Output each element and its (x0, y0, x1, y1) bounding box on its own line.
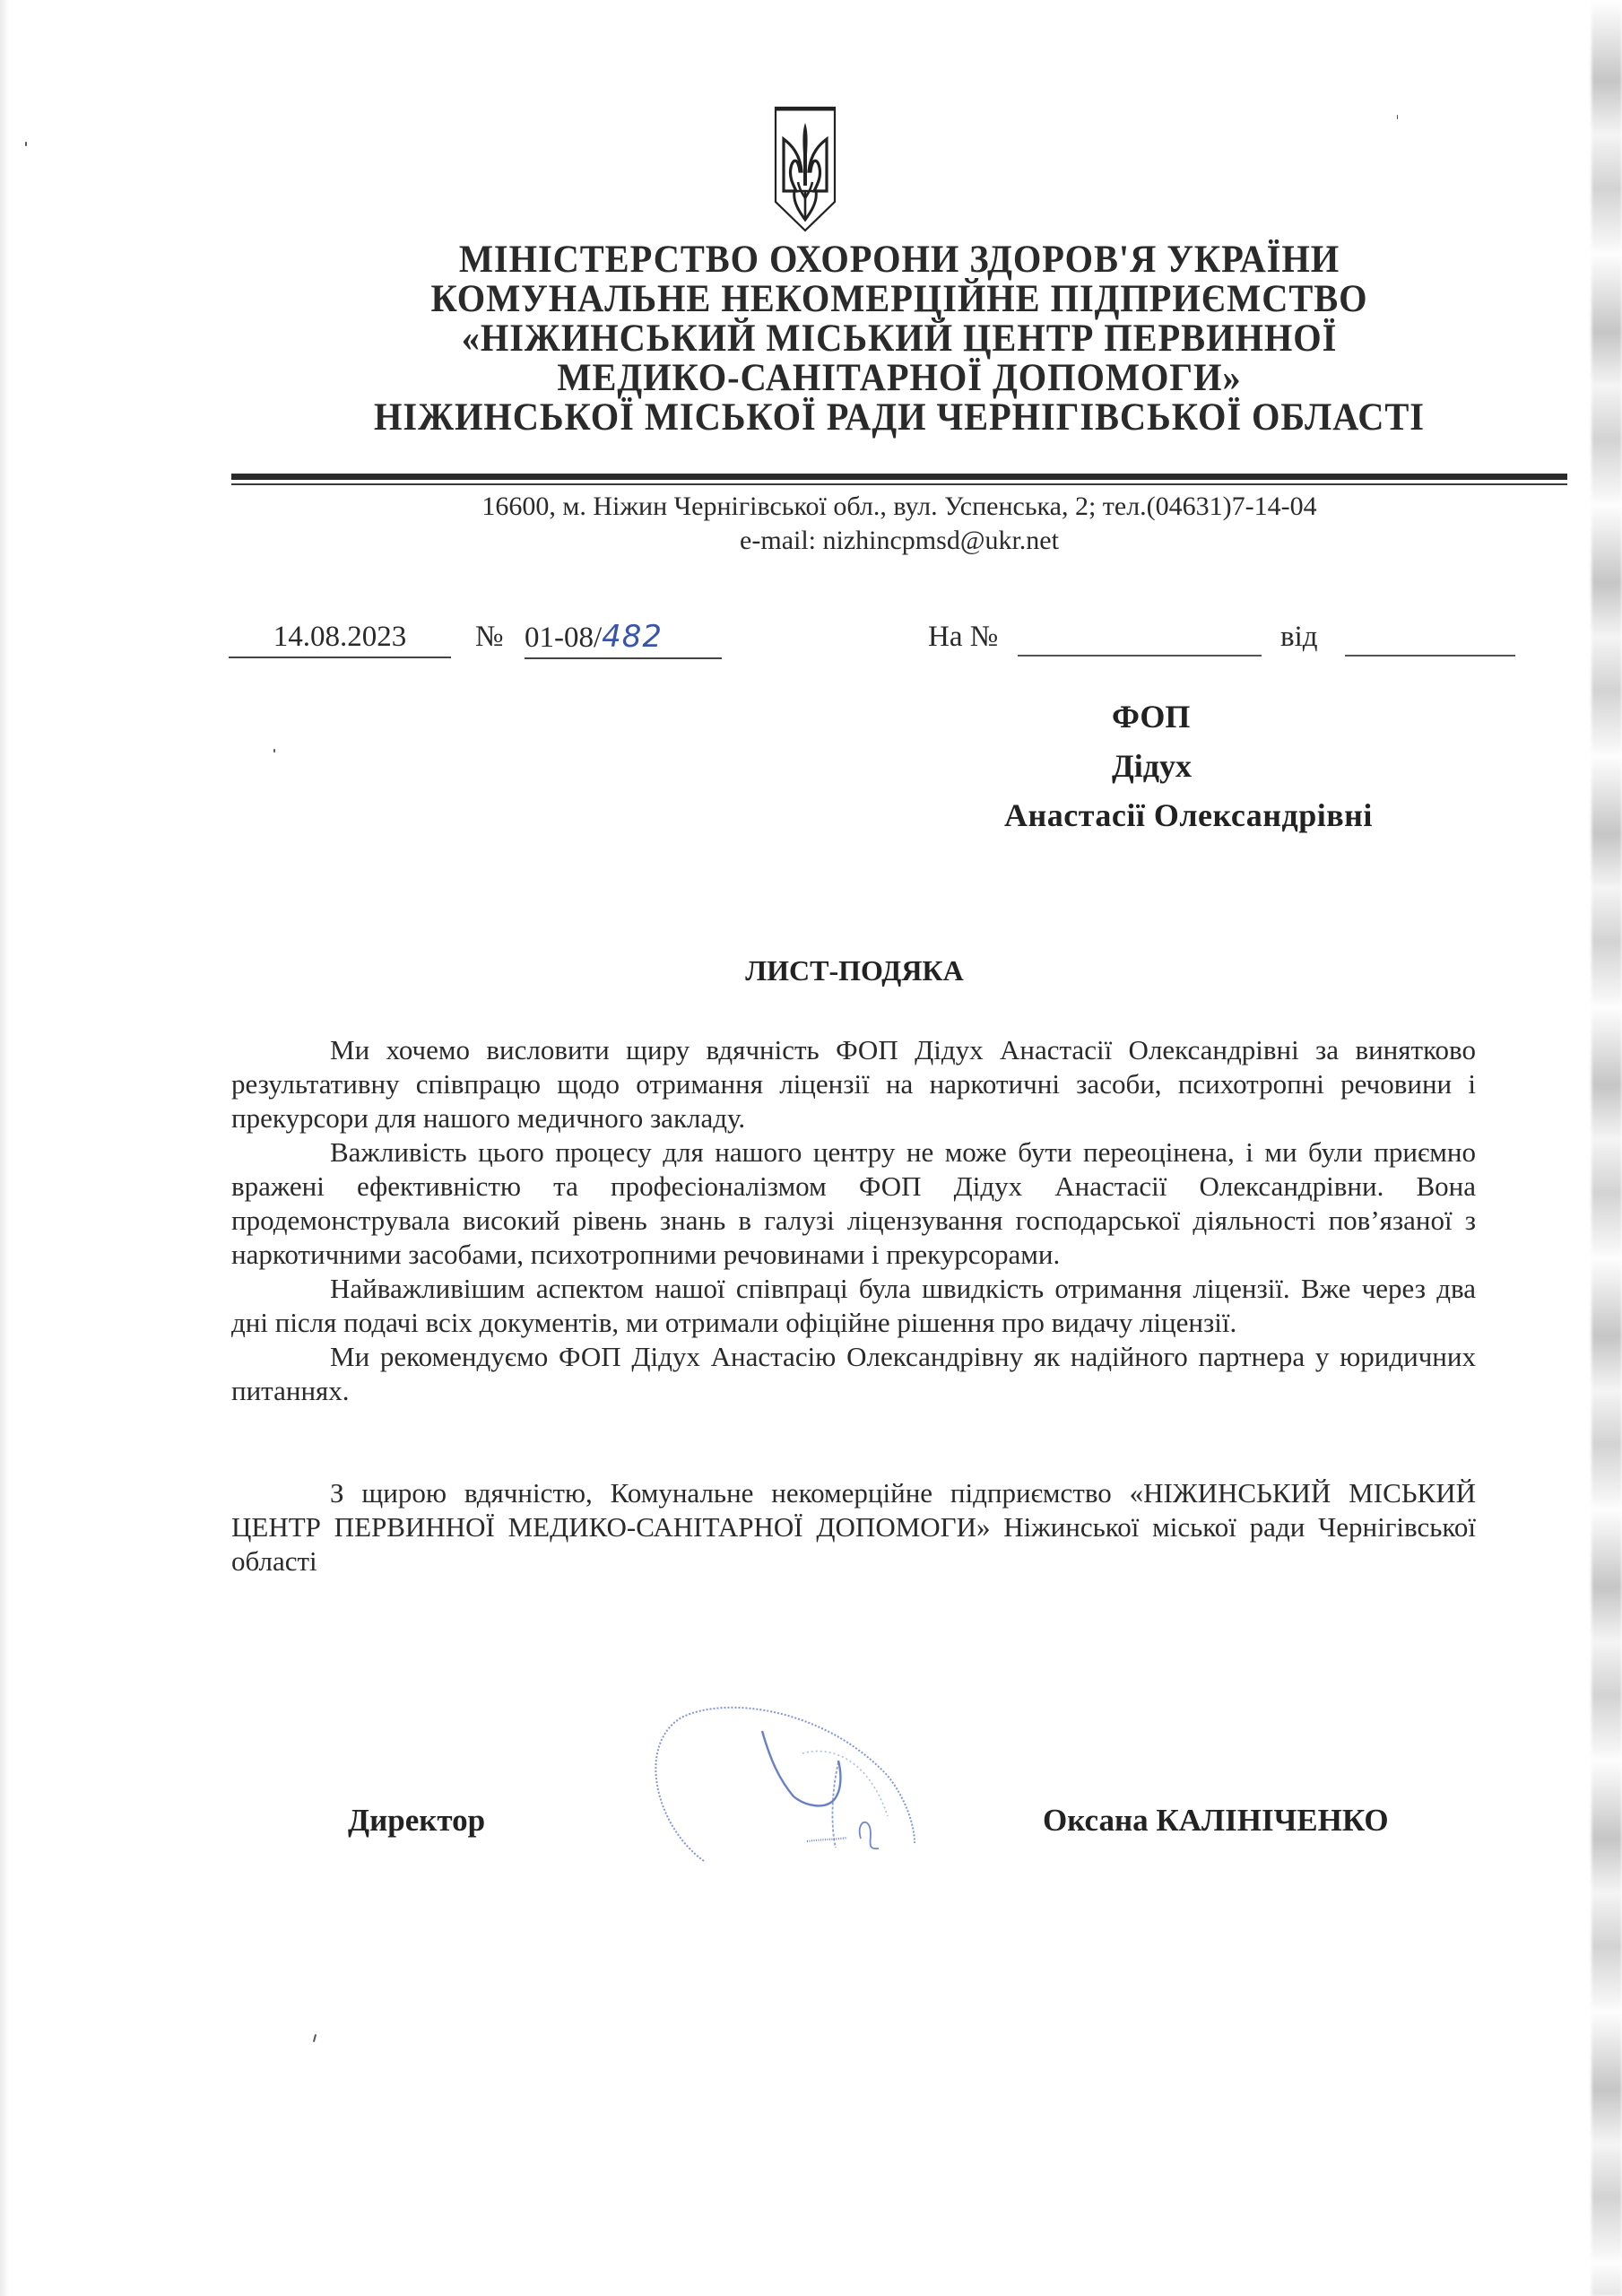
header-enterprise-type: КОМУНАЛЬНЕ НЕКОМЕРЦІЙНЕ ПІДПРИЄМСТВО (272, 280, 1528, 319)
contact-info: 16600, м. Ніжин Чернігівської обл., вул.… (231, 490, 1567, 558)
body-paragraph-1: Ми хочемо висловити щиру вдячність ФОП Д… (231, 1033, 1476, 1135)
recipient-block: ФОП Дідух Анастасії Олександрівні (1004, 692, 1470, 840)
trident-coat-of-arms-icon (773, 105, 837, 233)
email-line: e-mail: nizhincpmsd@ukr.net (231, 524, 1567, 558)
outgoing-number-handwritten: 482 (602, 619, 663, 655)
reply-date-label: від (1280, 619, 1318, 655)
reply-number-label: На № (928, 619, 998, 655)
header-ministry: МІНІСТЕРСТВО ОХОРОНИ ЗДОРОВ'Я УКРАЇНИ (272, 240, 1528, 280)
closing-paragraph: З щирою вдячністю, Комунальне некомерцій… (231, 1476, 1476, 1578)
body-paragraph-2: Важливість цього процесу для нашого цент… (231, 1135, 1476, 1272)
scan-speck (1397, 115, 1398, 119)
header-center-name-1: «НІЖИНСЬКИЙ МІСЬКИЙ ЦЕНТР ПЕРВИННОЇ (272, 319, 1528, 359)
outgoing-number: 01-08/482 (525, 619, 722, 659)
body-paragraph-3: Найважливішим аспектом нашої співпраці б… (231, 1272, 1476, 1340)
header-divider-thin (231, 483, 1567, 485)
letter-page: МІНІСТЕРСТВО ОХОРОНИ ЗДОРОВ'Я УКРАЇНИ КО… (0, 0, 1622, 2296)
reply-number-blank (1018, 619, 1262, 657)
recipient-surname: Дідух (1004, 742, 1470, 791)
outgoing-number-printed: 01-08/ (525, 622, 602, 654)
recipient-type: ФОП (1004, 692, 1470, 742)
letter-title: ЛИСТ-ПОДЯКА (231, 952, 1478, 988)
header-center-name-2: МЕДИКО-САНІТАРНОЇ ДОПОМОГИ» (272, 359, 1528, 398)
body-paragraph-4: Ми рекомендуємо ФОП Дідух Анастасію Олек… (231, 1340, 1476, 1408)
scan-speck (273, 749, 275, 752)
header-divider-thick (231, 474, 1567, 480)
scan-edge-shadow (0, 0, 9, 2296)
signatory-name: Оксана КАЛІНІЧЕНКО (1043, 1803, 1389, 1839)
address-line: 16600, м. Ніжин Чернігівської обл., вул.… (231, 490, 1567, 524)
reply-date-blank (1345, 619, 1515, 657)
handwritten-signature (619, 1691, 941, 1865)
organization-header: МІНІСТЕРСТВО ОХОРОНИ ЗДОРОВ'Я УКРАЇНИ КО… (272, 240, 1528, 438)
recipient-name: Анастасії Олександрівні (1004, 791, 1470, 840)
header-council: НІЖИНСЬКОЇ МІСЬКОЇ РАДИ ЧЕРНІГІВСЬКОЇ ОБ… (272, 398, 1528, 438)
letter-body: Ми хочемо висловити щиру вдячність ФОП Д… (231, 1033, 1476, 1578)
scan-edge-noise (1592, 0, 1622, 2296)
signatory-role: Директор (348, 1803, 485, 1839)
scan-speck (25, 142, 27, 146)
number-label: № (475, 619, 504, 655)
scan-speck (313, 2034, 317, 2042)
outgoing-date: 14.08.2023 (229, 619, 451, 658)
